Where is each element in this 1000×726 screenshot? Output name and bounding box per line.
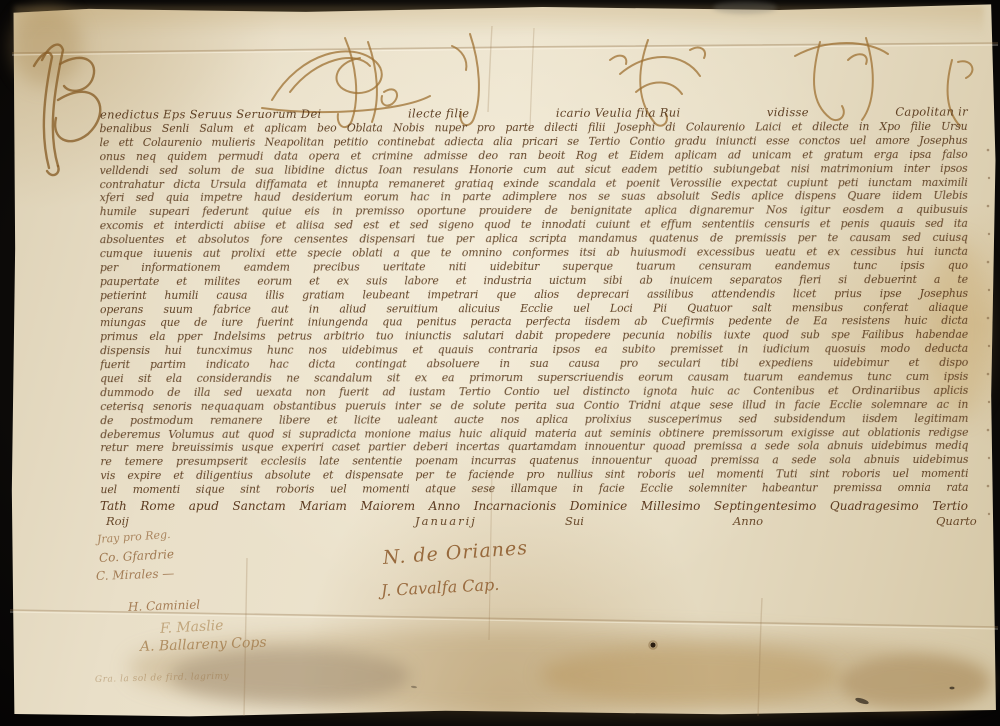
worm-hole — [649, 641, 657, 649]
manuscript-line: uel momenti sique sint roboris uel momen… — [100, 481, 968, 497]
prick-dots — [987, 149, 991, 516]
datum-line: Tath Rome apud Sanctam Mariam Maiorem An… — [100, 499, 968, 514]
fold-crease-top — [12, 43, 998, 55]
manuscript-text-block: benalibus Senli Salum et aplicam beo Obl… — [100, 120, 969, 497]
date-word: Anno — [733, 514, 763, 528]
ink-spots — [411, 685, 955, 705]
opening-phrase: icario Veulia fiia Rui — [556, 105, 681, 120]
opening-phrase: Capolitan ir — [895, 104, 968, 119]
signature-middle-1: H. Caminiel — [128, 597, 201, 614]
date-word: Januarij — [415, 514, 477, 528]
initial-letter-B — [34, 45, 100, 176]
date-word: Roij — [106, 514, 129, 528]
opening-phrase: ilecte filie — [408, 106, 469, 121]
opening-phrase: enedictus Eps Seruus Seruorum Dei — [100, 107, 322, 123]
date-word: Sui — [565, 514, 584, 528]
signature-left-3: C. Mirales — — [96, 566, 175, 583]
photo-backdrop: enedictus Eps Seruus Seruorum Dei ilecte… — [0, 0, 1000, 726]
date-word: Quarto — [936, 514, 977, 528]
opening-phrase: vidisse — [767, 105, 809, 120]
signature-middle-2: F. Maslie — [160, 618, 224, 637]
